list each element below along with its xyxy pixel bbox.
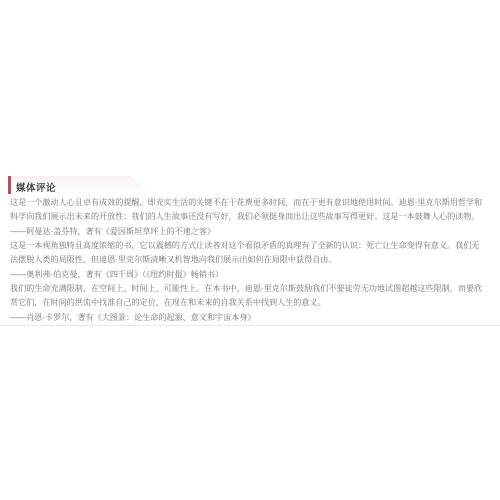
reviews-block: 这是一个激动人心且卓有成效的提醒，即充实生活的关键不在于花费更多时间，而在于更有…: [10, 196, 496, 325]
review-2-line-1: 这是一本视角独特且高度浓缩的书，它以震撼的方式让读者对这个看似矛盾的真理有了全新…: [10, 239, 496, 253]
review-1-line-1: 这是一个激动人心且卓有成效的提醒，即充实生活的关键不在于花费更多时间，而在于更有…: [10, 196, 496, 210]
bottom-divider: [0, 325, 500, 326]
red-accent-bar: [8, 176, 11, 194]
review-1-attribution: ——阿曼达·盖芬特，著有《爱因斯坦草坪上的不速之客》: [10, 225, 496, 239]
review-3-attribution: ——肖恩·卡罗尔，著有《大图景：论生命的起源、意义和宇宙本身》: [10, 311, 496, 325]
review-2-attribution: ——奥利弗·伯克曼，著有《四千周》（《纽约时报》畅销书）: [10, 268, 496, 282]
review-3-line-1: 我们的生命充满限制，在空间上、时间上、可能性上。在本书中，迪恩·里克尔斯鼓励我们…: [10, 282, 496, 296]
review-1-line-2: 科学向我们展示出未来的开放性：我们的人生故事还没有写好，我们必须挺身而出让这些故…: [10, 210, 496, 224]
section-title: 媒体评论: [16, 180, 56, 194]
section-header-tab: 媒体评论: [8, 176, 154, 194]
review-3-line-2: 赏它们，在时间的洪流中找准自己的定位，在现在和未来的自我关系中找到人生的意义。: [10, 296, 496, 310]
media-review-section: 媒体评论 这是一个激动人心且卓有成效的提醒，即充实生活的关键不在于花费更多时间，…: [0, 0, 500, 500]
review-2-line-2: 法摆脱人类的局限性，但迪恩·里克尔斯清晰又机智地向我们展示出如何在局限中获得自由…: [10, 253, 496, 267]
